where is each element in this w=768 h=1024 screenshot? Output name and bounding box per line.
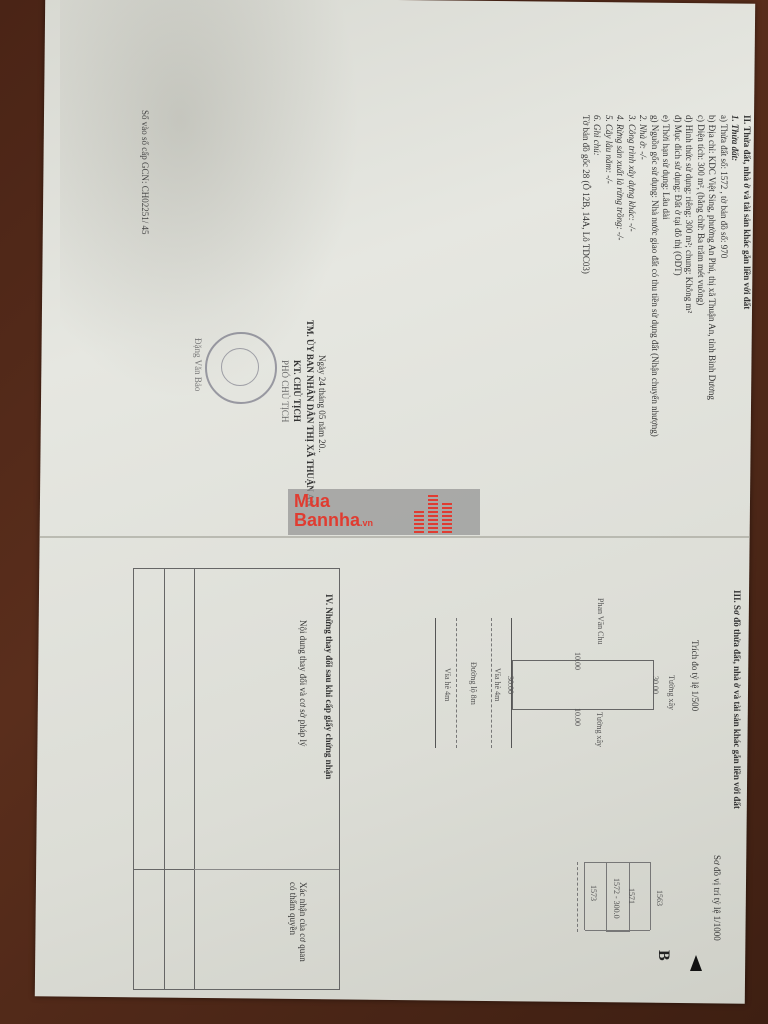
section-ii: II. Thửa đất, nhà ở và tài sản khác gắn … [580,115,753,437]
location-parcel-label: 1573 [589,885,598,901]
watermark-suffix: .vn [360,518,373,528]
wall-top-label: Tường xây [667,675,676,710]
signing-role: KT. CHỦ TỊCH [292,360,302,422]
official-stamp [205,332,277,404]
location-scale: Sơ đồ vị trí tỷ lệ 1/1000 [712,855,722,941]
section-ii-title: II. Thửa đất, nhà ở và tài sản khác gắn … [741,115,753,437]
item-line: 3. Công trình xây dựng khác: -/- [626,115,638,437]
road-label: Đường lộ 8m [469,662,478,705]
section-iv-title: IV. Những thay đổi sau khi cấp giấy chứn… [324,594,334,779]
signing-deputy: PHÓ CHỦ TỊCH [280,360,290,422]
watermark-logo: Mua Bannha.vn [288,489,480,535]
location-road [577,862,578,932]
parcel-outline [512,660,654,710]
land-line: d) Hình thức sử dụng: riêng: 300 m²; chu… [683,115,695,437]
land-line: đ) Mục đích sử dụng: Đất ở tại đô thị (O… [672,115,684,437]
land-line: b) Địa chỉ: KDC Việt Sing, phường An Phú… [706,115,718,437]
dimension-right: 30.00 [651,676,660,694]
column-confirm-header: Xác nhận của cơ quan có thẩm quyền [288,882,308,972]
parcel-scale: Trích đo tỷ lệ 1/500 [690,640,700,711]
item-line: 6. Ghi chú: [591,115,603,437]
building-icon [428,495,438,533]
location-line [584,862,585,930]
sidewalk-label: Vỉa hè 4m [493,668,502,701]
land-line: e) Thời hạn sử dụng: Lâu dài [660,115,672,437]
item-line: 4. Rừng sản xuất là rừng trồng: -/- [614,115,626,437]
table-divider [194,869,339,870]
paper-shadow [60,0,360,400]
location-parcel-label: 1563 [655,890,664,906]
north-arrow-label: B [654,950,672,961]
signer-name: Đặng Văn Bảo [193,338,203,391]
neighbor-label: Phan Văn Chu [596,598,605,645]
land-line: a) Thửa đất số: 1572 , tờ bản đồ số: 970 [718,115,730,437]
road-edge [435,618,436,748]
registry-number: Số vào sổ cấp GCN: CH02251/ 45 [140,110,150,235]
building-icon [414,509,424,533]
table-column [134,569,165,989]
signing-org: TM. ỦY BAN NHÂN DÂN THỊ XÃ THUẬN AN [305,320,315,507]
dimension-bottom: 10.00 [573,708,582,726]
land-line: g) Nguồn gốc sử dụng: Nhà nước giao đất … [649,115,661,437]
road-dash [456,618,457,748]
column-content-header: Nội dung thay đổi và cơ sở pháp lý [298,620,308,747]
watermark-line1: Mua [294,491,330,511]
item-line: 2. Nhà ở: -/- [637,115,649,437]
north-arrow-icon [690,955,702,971]
dimension-top: 10.00 [573,652,582,670]
road-edge [511,618,512,748]
map-note: Tờ bản đồ gốc 28 (Ô 12B, 14A, Lô TDC03) [580,115,592,437]
land-line: c) Diện tích: 300 m², (bằng chữ: Ba trăm… [695,115,707,437]
building-icon [442,503,452,533]
section-iii-title: III. Sơ đồ thửa đất, nhà ở và tài sản kh… [732,590,742,809]
table-divider [134,869,194,870]
changes-table [133,568,340,990]
location-parcel-label: 1572 - 300.0 [612,878,621,919]
item-line: 5. Cây lâu năm: -/- [603,115,615,437]
wall-bottom-label: Tường xây [595,712,604,747]
signing-date: Ngày 24 tháng 05 năm 20.. [317,355,327,453]
table-column [164,569,195,989]
watermark-text: Mua Bannha.vn [294,492,373,533]
location-line [650,862,651,930]
location-parcel-label: 1571 [627,888,636,904]
land-heading: 1. Thửa đất: [729,115,741,437]
page-fold [40,536,750,538]
watermark-line2: Bannha [294,510,360,530]
road-dash [491,618,492,748]
sidewalk-label: Vỉa hè 4m [443,668,452,701]
